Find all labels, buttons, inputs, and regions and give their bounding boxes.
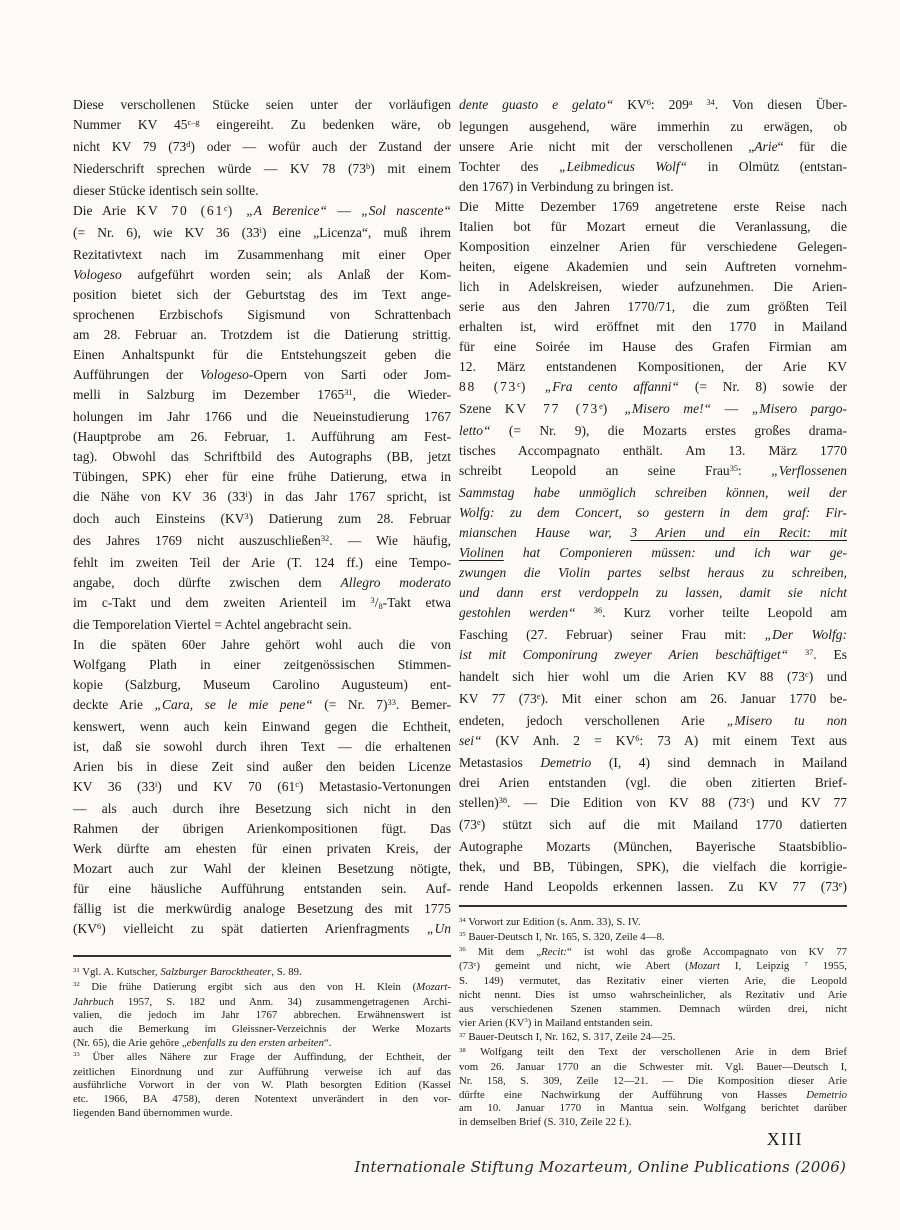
text-run: „Sol nascente“ [361, 203, 451, 218]
text-line: doch auch Einsteins (KV3) Datierung zum … [73, 509, 451, 531]
text-line: Vologeso aufgeführt worden sein; als Anl… [73, 265, 451, 285]
text-run: — als auch durch ihre Besetzung sich nic… [73, 801, 451, 816]
text-run: holungen im Jahr 1766 und die Neueinstud… [73, 409, 451, 424]
text-run: . Von diesen Über- [715, 97, 847, 112]
text-run: 35 [730, 464, 738, 473]
text-line: holungen im Jahr 1766 und die Neueinstud… [73, 407, 451, 427]
text-line: Rahmen der übrigen Arienkompositionen fü… [73, 819, 451, 839]
text-line: kenswert, wenn auch kein Einwand gegen d… [73, 717, 451, 737]
text-run: “ ist wohl das große Accompagnato von KV… [567, 946, 847, 958]
text-line: Wolfg: zu dem Concert, so gestern in dem… [459, 503, 847, 523]
text-run: rende Hand Leopolds erkennen lassen. Zu … [459, 879, 839, 894]
text-run: a [689, 98, 693, 107]
text-line: Komposition einzelner Arien für verschie… [459, 237, 847, 257]
text-run: i [246, 490, 248, 499]
text-run: Mozart auch zur Wahl der kleinen Besetzu… [73, 861, 451, 876]
text-line: deckte Arie „Cara, se le mie pene“ (= Nr… [73, 695, 451, 717]
text-run: c [517, 380, 521, 389]
text-line: sprochenen Erzbischofs Sigismund von Sch… [73, 305, 451, 325]
text-run: angabe, doch dürfte zwischen dem [73, 575, 340, 590]
text-line: tag). Obwohl das Schriftbild des Autogra… [73, 447, 451, 467]
text-line: (Nr. 65), die Arie gehöre „ebenfalls zu … [73, 1037, 451, 1051]
text-run: 32 [73, 981, 80, 988]
text-run: 8 [378, 602, 382, 611]
text-run [576, 605, 594, 620]
text-line: erhalten ist, wird eröffnet mit den 1770… [459, 317, 847, 337]
text-run: „Un [427, 921, 451, 936]
text-line: 36 Mit dem „Recit:“ ist wohl das große A… [459, 946, 847, 961]
text-run: Nummer KV 45 [73, 117, 187, 132]
left-column: Diese verschollenen Stücke seien unter d… [73, 95, 451, 1130]
text-run: vier Arien (KV [459, 1017, 524, 1029]
text-line: valien, die jedoch im Jahr 1767 abbreche… [73, 1009, 451, 1023]
text-line: drei Arien entstanden (vgl. die oben zit… [459, 773, 847, 793]
text-run: tag). Obwohl das Schriftbild des Autogra… [73, 449, 451, 464]
text-run: Fasching (27. Februar) seiner Frau mit: [459, 627, 765, 642]
text-run: Wolfgang teilt den Text der verschollene… [466, 1046, 847, 1058]
text-run: Arien bis in diese Zeit sind außer den b… [73, 759, 451, 774]
page-number: XIII [767, 1129, 803, 1150]
text-run: 3 Arien und ein Recit: mit [630, 525, 847, 540]
text-run: , die Wieder- [353, 387, 451, 402]
text-line: Tochter des „Leibmedicus Wolf“ in Olmütz… [459, 157, 847, 177]
text-line: Nummer KV 45c–g eingereiht. Zu bedenken … [73, 115, 451, 137]
text-line: thek, und BB, Tübingen, SPK), die vielfa… [459, 857, 847, 877]
text-run: am 10. Januar 1770 in Mantua sein. Wolfg… [459, 1102, 847, 1114]
text-run: aus verschiedenen Szenen stammen. Demnac… [459, 1003, 847, 1015]
text-run: 33 [388, 698, 396, 707]
text-line: endeten, jedoch verschollenen Arie „Mise… [459, 711, 847, 731]
text-run: ) Metastasio-Vertonungen [299, 779, 451, 794]
text-run: für eine Soirée im Hause des Grafen Firm… [459, 339, 847, 354]
text-run: handelt sich hier wohl um die Arien KV 8… [459, 669, 805, 684]
text-line: ist mit Componirung zweyer Arien beschäf… [459, 645, 847, 667]
text-line: S. 149) vermutet, das Rezitativ einer vi… [459, 975, 847, 989]
text-run: sei“ [459, 733, 482, 748]
text-run: KV 70 (61 [136, 203, 224, 218]
left-column-body-text: Diese verschollenen Stücke seien unter d… [73, 95, 451, 941]
text-run: e [477, 818, 481, 827]
text-line: am 28. Februar an. Trotzdem ist die Dati… [73, 325, 451, 345]
text-run: sprochenen Erzbischofs Sigismund von Sch… [73, 307, 451, 322]
text-run: 3 [245, 512, 249, 521]
text-line: Einen Anhaltspunkt für die Entstehungsze… [73, 345, 451, 365]
text-run: thek, und BB, Tübingen, SPK), die vielfa… [459, 859, 847, 874]
text-line: für eine häusliche Aufführung entstanden… [73, 879, 451, 899]
text-run: 34 [459, 917, 466, 924]
text-run: vom 26. Januar 1770 an die Schwester mit… [459, 1061, 847, 1073]
text-run: c [473, 961, 476, 968]
text-run: den 1767) in Verbindung zu bringen ist. [459, 179, 674, 194]
text-run: unsere Arie nicht mit der verschollenen … [459, 139, 754, 154]
text-line: nicht nennt. Dies ist umso wahrscheinlic… [459, 989, 847, 1003]
text-run: ausführliche Vorwort in der von W. Plath… [73, 1079, 451, 1091]
text-line: Werk dürfte am ehesten für einen private… [73, 839, 451, 859]
text-run: ) oder — wofür auch der Zustand der [190, 139, 451, 154]
footnote-separator [459, 905, 847, 907]
text-line: (73e) stützt sich auf die mit Mailand 17… [459, 815, 847, 837]
text-run: 6 [635, 734, 639, 743]
text-run: „Leibmedicus Wolf“ [559, 159, 687, 174]
text-line: 32 Die frühe Datierung ergibt sich aus d… [73, 981, 451, 996]
text-run: i [155, 780, 157, 789]
text-run: e [839, 880, 843, 889]
text-line: KV 36 (33i) und KV 70 (61c) Metastasio-V… [73, 777, 451, 799]
text-run: „Der Wolfg: [765, 627, 847, 642]
text-run: “. [324, 1037, 332, 1049]
text-line: serie aus den Jahren 1770/71, die zum gr… [459, 297, 847, 317]
text-run: position bietet sich der Geburtstag des … [73, 287, 451, 302]
text-run: Vologeso [73, 267, 122, 282]
text-run: 88 (73 [459, 379, 517, 394]
text-run: Italien bot für Mozart erneut die Veranl… [459, 219, 847, 234]
text-run: Werk dürfte am ehesten für einen private… [73, 841, 451, 856]
text-line: Niederschrift sprechen würde — KV 78 (73… [73, 159, 451, 181]
text-run: In die späten 60er Jahre gehört wohl auc… [73, 637, 451, 652]
text-line: sei“ (KV Anh. 2 = KV6: 73 A) mit einem T… [459, 731, 847, 753]
text-run: Wolfgang Plath in einer zeitgenössischen… [73, 657, 451, 672]
text-run: in demselben Brief (S. 310, Zeile 22 f.)… [459, 1116, 631, 1128]
text-line: (KV6) vielleicht zu spät datierten Arien… [73, 919, 451, 941]
text-run: Salzburger Barocktheater [160, 966, 271, 978]
text-run: Über alles Nähere zur Frage der Auffindu… [80, 1051, 451, 1063]
text-run: 7 [804, 961, 807, 968]
text-run: (KV [73, 921, 97, 936]
text-run: „Cara, se le mie pene“ [155, 697, 313, 712]
text-run: 38 [459, 1047, 466, 1054]
text-run: ebenfalls zu den ersten arbeiten [187, 1037, 324, 1049]
text-run: Die Arie [73, 203, 136, 218]
text-run: Niederschrift sprechen würde — KV 78 (73 [73, 161, 366, 176]
text-line: legungen ausgehend, wäre immerhin zu erw… [459, 117, 847, 137]
text-run: Rahmen der übrigen Arienkompositionen fü… [73, 821, 451, 836]
text-run: “ für die [778, 139, 847, 154]
text-run: ) und [809, 669, 847, 684]
text-line: Jahrbuch 1957, S. 182 und Anm. 34) zusam… [73, 996, 451, 1010]
text-run: Bauer-Deutsch I, Nr. 165, S. 320, Zeile … [466, 931, 665, 943]
text-run: Die frühe Datierung ergibt sich aus den … [80, 981, 417, 993]
text-run: ) und KV 77 [750, 795, 847, 810]
text-line: (Hauptprobe am 26. Februar, 1. Aufführun… [73, 427, 451, 447]
text-line: Mozart auch zur Wahl der kleinen Besetzu… [73, 859, 451, 879]
text-run: (= Nr. 8) sowie der [679, 379, 847, 394]
text-run: „Misero pargo- [752, 401, 847, 416]
text-line: 88 (73c) „Fra cento affanni“ (= Nr. 8) s… [459, 377, 847, 399]
right-column: dente guasto e gelato“ KV6: 209a 34. Von… [459, 95, 847, 1130]
text-line: position bietet sich der Geburtstag des … [73, 285, 451, 305]
text-run: b [366, 162, 370, 171]
text-line: 33 Über alles Nähere zur Frage der Auffi… [73, 1051, 451, 1066]
text-run: : 209 [651, 97, 689, 112]
text-run: -Opern von Sarti oder Jom- [249, 367, 451, 382]
text-run: ) [603, 401, 625, 416]
text-line: 37 Bauer-Deutsch I, Nr. 162, S. 317, Zei… [459, 1031, 847, 1046]
text-run: , S. 89. [271, 966, 301, 978]
text-run: Autographe Mozarts (München, Bayerische … [459, 839, 847, 854]
text-run: — [327, 203, 361, 218]
text-run: Vologeso [200, 367, 249, 382]
right-column-footnotes: 34 Vorwort zur Edition (s. Anm. 33), S. … [459, 916, 847, 1130]
left-column-footnotes: 31 Vgl. A. Kutscher, Salzburger Barockth… [73, 966, 451, 1121]
text-run: Einen Anhaltspunkt für die Entstehungsze… [73, 347, 451, 362]
text-line: die Temporelation Viertel = Achtel angeb… [73, 615, 451, 635]
text-line: 38 Wolfgang teilt den Text der verscholl… [459, 1046, 847, 1061]
text-run: 32 [321, 534, 329, 543]
text-run: (73 [459, 960, 473, 972]
text-run: „Fra cento affanni“ [545, 379, 679, 394]
text-run: auch die Bemerkung im Gleissner-Verzeich… [73, 1023, 451, 1035]
text-run: 6 [647, 98, 651, 107]
text-run: Wolfg: zu dem Concert, so gestern in dem… [459, 505, 847, 520]
text-run: ) [228, 203, 246, 218]
text-run: Sammstag habe unmöglich schreiben können… [459, 485, 847, 500]
text-run: zeitlichen Einordnung und zur Aufführung… [73, 1066, 451, 1078]
text-run: Nr. 158, S. 309, Zeile 12—21. — Die Komp… [459, 1075, 847, 1087]
text-run: heiten, eigene Akademien und sein Auftre… [459, 259, 847, 274]
text-line: im c-Takt und dem zweiten Arienteil im 3… [73, 593, 451, 615]
text-run: Tübingen, SPK) eher für eine frühe Datie… [73, 469, 451, 484]
text-run: etc. 1966, BA 4758), deren Notentext unv… [73, 1093, 451, 1105]
text-line: schreibt Leopold an seine Frau35: „Verfl… [459, 461, 847, 483]
text-line: vier Arien (KV3) in Mailand entstanden s… [459, 1017, 847, 1032]
text-run: ) mit einem [370, 161, 451, 176]
text-line: Szene KV 77 (73e) „Misero me!“ — „Misero… [459, 399, 847, 421]
text-run: liegenden Band übernommen wurde. [73, 1107, 233, 1119]
text-run: kenswert, wenn auch kein Einwand gegen d… [73, 719, 451, 734]
text-run: Rezitativtext nach im Zusammenhang mit e… [73, 247, 451, 262]
text-run: . Kurz vorher teilte Leopold am [602, 605, 847, 620]
text-run: KV 77 (73 [505, 401, 599, 416]
text-line: dürfte eine Nachwirkung der Aufführung v… [459, 1089, 847, 1103]
text-line: zwungen die Violin partes selbst heraus … [459, 563, 847, 583]
text-line: liegenden Band übernommen wurde. [73, 1107, 451, 1121]
text-run: endeten, jedoch verschollenen Arie [459, 713, 727, 728]
text-line: gestohlen werden“ 36. Kurz vorher teilte… [459, 603, 847, 625]
text-run: Recit: [541, 946, 567, 958]
text-run: ) [521, 379, 545, 394]
text-line: (= Nr. 6), wie KV 36 (33i) eine „Licenza… [73, 223, 451, 245]
text-run: ) gemeint und nicht, wie Abert ( [476, 960, 688, 972]
text-line: Metastasios Demetrio (I, 4) sind demnach… [459, 753, 847, 773]
text-run: . Bemer- [396, 697, 451, 712]
text-run: aufgeführt worden sein; als Anlaß der Ko… [122, 267, 451, 282]
text-run: c–g [187, 118, 199, 127]
text-run: dieser Stücke identisch sein sollte. [73, 183, 259, 198]
text-line: Aufführungen der Vologeso-Opern von Sart… [73, 365, 451, 385]
text-run: 37 [459, 1032, 466, 1039]
text-run: e [599, 402, 603, 411]
text-run: I, Leipzig [720, 960, 804, 972]
text-run: ) eine „Licenza“, muß ihrem [262, 225, 451, 240]
text-run: 37 [805, 648, 813, 657]
text-run: c [295, 780, 299, 789]
text-run: fehlt im zweiten Teil der Arie (T. 124 f… [73, 555, 451, 570]
text-run: schreibt Leopold an seine Frau [459, 463, 730, 478]
text-run: hat Componieren müssen: und ich war ge- [504, 545, 847, 560]
text-line: dente guasto e gelato“ KV6: 209a 34. Von… [459, 95, 847, 117]
text-line: Wolfgang Plath in einer zeitgenössischen… [73, 655, 451, 675]
text-run: ) stützt sich auf die mit Mailand 1770 d… [481, 817, 847, 832]
text-line: aus verschiedenen Szenen stammen. Demnac… [459, 1003, 847, 1017]
text-run: (= Nr. 9), die Mozarts erstes großes dra… [491, 423, 847, 438]
text-line: Autographe Mozarts (München, Bayerische … [459, 837, 847, 857]
text-run: c [805, 670, 809, 679]
text-columns: Diese verschollenen Stücke seien unter d… [73, 95, 847, 1130]
text-run: lich in Adelskreisen, wieder aufzunehmen… [459, 279, 847, 294]
text-line: KV 77 (73e). Mit einer schon am 26. Janu… [459, 689, 847, 711]
text-run: dente guasto e gelato“ [459, 97, 613, 112]
text-run: 36 [594, 606, 602, 615]
text-line: Tübingen, SPK) eher für eine frühe Datie… [73, 467, 451, 487]
text-line: und dann erst verdoppeln zu lassen, dami… [459, 583, 847, 603]
text-line: ist, daß sie sowohl durch ihren Text — d… [73, 737, 451, 757]
text-line: mianschen Hause war, 3 Arien und ein Rec… [459, 523, 847, 543]
text-run: legungen ausgehend, wäre immerhin zu erw… [459, 119, 847, 134]
text-run: 6 [97, 922, 101, 931]
text-run: (= Nr. 7) [313, 697, 388, 712]
text-line: Violinen hat Componieren müssen: und ich… [459, 543, 847, 563]
text-run: e [537, 692, 541, 701]
text-line: Die Mitte Dezember 1769 angetretene erst… [459, 197, 847, 217]
text-run: „Verflossenen [771, 463, 847, 478]
text-run: c [224, 204, 228, 213]
text-line: für eine Soirée im Hause des Grafen Firm… [459, 337, 847, 357]
text-run: „Misero me!“ [625, 401, 712, 416]
text-run: „A Berenice“ [246, 203, 327, 218]
text-run: d [186, 140, 190, 149]
text-run: (Hauptprobe am 26. Februar, 1. Aufführun… [73, 429, 451, 444]
text-line: lich in Adelskreisen, wieder aufzunehmen… [459, 277, 847, 297]
text-line: die Nähe von KV 36 (33i) in das Jahr 176… [73, 487, 451, 509]
footnote-separator [73, 955, 451, 957]
text-run: Violinen [459, 545, 504, 560]
text-line: Sammstag habe unmöglich schreiben können… [459, 483, 847, 503]
text-run: mianschen Hause war, [459, 525, 630, 540]
text-line: handelt sich hier wohl um die Arien KV 8… [459, 667, 847, 689]
text-run: tisches Accompagnato enthält. Am 13. Mär… [459, 443, 847, 458]
text-line: rende Hand Leopolds erkennen lassen. Zu … [459, 877, 847, 899]
text-run: S. 149) vermutet, das Rezitativ einer vi… [459, 975, 847, 987]
text-line: etc. 1966, BA 4758), deren Notentext unv… [73, 1093, 451, 1107]
text-line: — als auch durch ihre Besetzung sich nic… [73, 799, 451, 819]
text-run: : [738, 463, 771, 478]
text-line: auch die Bemerkung im Gleissner-Verzeich… [73, 1023, 451, 1037]
text-run: melli in Salzburg im Dezember 1765 [73, 387, 344, 402]
text-run: Demetrio [540, 755, 591, 770]
text-run: Mozart- [416, 981, 451, 993]
text-run: Jahrbuch [73, 996, 114, 1008]
text-run: 33 [73, 1051, 80, 1058]
text-run: valien, die jedoch im Jahr 1767 abbreche… [73, 1009, 451, 1021]
text-run: doch auch Einsteins (KV [73, 511, 245, 526]
text-run [788, 647, 805, 662]
text-run: Bauer-Deutsch I, Nr. 162, S. 317, Zeile … [466, 1031, 676, 1043]
text-run: . Es [813, 647, 847, 662]
text-line: in demselben Brief (S. 310, Zeile 22 f.)… [459, 1116, 847, 1130]
text-run: ) vielleicht zu spät datierten Arienfrag… [101, 921, 427, 936]
imprint-line: Internationale Stiftung Mozarteum, Onlin… [355, 1158, 846, 1176]
text-line: dieser Stücke identisch sein sollte. [73, 181, 451, 201]
text-run: die Temporelation Viertel = Achtel angeb… [73, 617, 352, 632]
text-line: Italien bot für Mozart erneut die Veranl… [459, 217, 847, 237]
text-run: eingereiht. Zu bedenken wäre, ob [200, 117, 451, 132]
text-run: 38 [499, 796, 507, 805]
text-run: die Nähe von KV 36 (33 [73, 489, 246, 504]
text-line: des Jahres 1769 nicht auszuschließen32. … [73, 531, 451, 553]
text-run: Demetrio [806, 1089, 847, 1101]
text-line: 12. März entstandenen Kompositionen, der… [459, 357, 847, 377]
text-run: Arie [754, 139, 777, 154]
text-run: Allegro moderato [340, 575, 451, 590]
text-line: fällig ist die merkwürdig analoge Besetz… [73, 899, 451, 919]
text-run: Die Mitte Dezember 1769 angetretene erst… [459, 199, 847, 214]
text-line: Fasching (27. Februar) seiner Frau mit: … [459, 625, 847, 645]
text-run: 31 [344, 388, 352, 397]
text-line: (73c) gemeint und nicht, wie Abert (Moza… [459, 960, 847, 975]
text-run: i [260, 226, 262, 235]
text-run: und dann erst verdoppeln zu lassen, dami… [459, 585, 847, 600]
text-line: vom 26. Januar 1770 an die Schwester mit… [459, 1061, 847, 1075]
text-line: nicht KV 79 (73d) oder — wofür auch der … [73, 137, 451, 159]
text-run: des Jahres 1769 nicht auszuschließen [73, 533, 321, 548]
text-line: Diese verschollenen Stücke seien unter d… [73, 95, 451, 115]
text-run: ist, daß sie sowohl durch ihren Text — d… [73, 739, 451, 754]
text-run: Tochter des [459, 159, 559, 174]
text-line: tisches Accompagnato enthält. Am 13. Mär… [459, 441, 847, 461]
text-run: (I, 4) sind demnach in Mailand [591, 755, 847, 770]
text-run: im c-Takt und dem zweiten Arienteil im [73, 595, 371, 610]
text-run: ) in das Jahr 1767 spricht, ist [248, 489, 451, 504]
text-run: (= Nr. 6), wie KV 36 (33 [73, 225, 260, 240]
text-run: (KV Anh. 2 = KV [482, 733, 636, 748]
text-line: 35 Bauer-Deutsch I, Nr. 165, S. 320, Zei… [459, 931, 847, 946]
text-line: heiten, eigene Akademien und sein Auftre… [459, 257, 847, 277]
text-run: letto“ [459, 423, 491, 438]
text-run: „Misero tu non [727, 713, 847, 728]
text-run: deckte Arie [73, 697, 155, 712]
text-run: fällig ist die merkwürdig analoge Besetz… [73, 901, 451, 916]
text-line: Arien bis in diese Zeit sind außer den b… [73, 757, 451, 777]
text-run: Mit dem „ [466, 946, 541, 958]
text-run: . — Wie häufig, [329, 533, 451, 548]
text-run: (73 [459, 817, 477, 832]
text-run: ist mit Componirung zweyer Arien beschäf… [459, 647, 788, 662]
text-run: am 28. Februar an. Trotzdem ist die Dati… [73, 327, 451, 342]
text-run: gestohlen werden“ [459, 605, 576, 620]
text-run: nicht KV 79 (73 [73, 139, 186, 154]
text-run: serie aus den Jahren 1770/71, die zum gr… [459, 299, 847, 314]
text-run: Mozart [689, 960, 720, 972]
text-run: stellen) [459, 795, 499, 810]
text-run: 3 [371, 596, 375, 605]
text-run: — [711, 401, 752, 416]
text-run: Diese verschollenen Stücke seien unter d… [73, 97, 451, 112]
text-run: Vorwort zur Edition (s. Anm. 33), S. IV. [466, 916, 641, 928]
text-run: 12. März entstandenen Kompositionen, der… [459, 359, 847, 374]
text-line: 34 Vorwort zur Edition (s. Anm. 33), S. … [459, 916, 847, 931]
text-line: den 1767) in Verbindung zu bringen ist. [459, 177, 847, 197]
text-run [693, 97, 707, 112]
text-line: fehlt im zweiten Teil der Arie (T. 124 f… [73, 553, 451, 573]
text-line: ausführliche Vorwort in der von W. Plath… [73, 1079, 451, 1093]
scanned-document-page: Diese verschollenen Stücke seien unter d… [0, 0, 900, 1230]
text-run: ) [843, 879, 848, 894]
text-line: unsere Arie nicht mit der verschollenen … [459, 137, 847, 157]
text-run: Szene [459, 401, 505, 416]
text-run: -Takt etwa [383, 595, 451, 610]
text-run: 31 [73, 967, 80, 974]
text-run: dürfte eine Nachwirkung der Aufführung v… [459, 1089, 806, 1101]
